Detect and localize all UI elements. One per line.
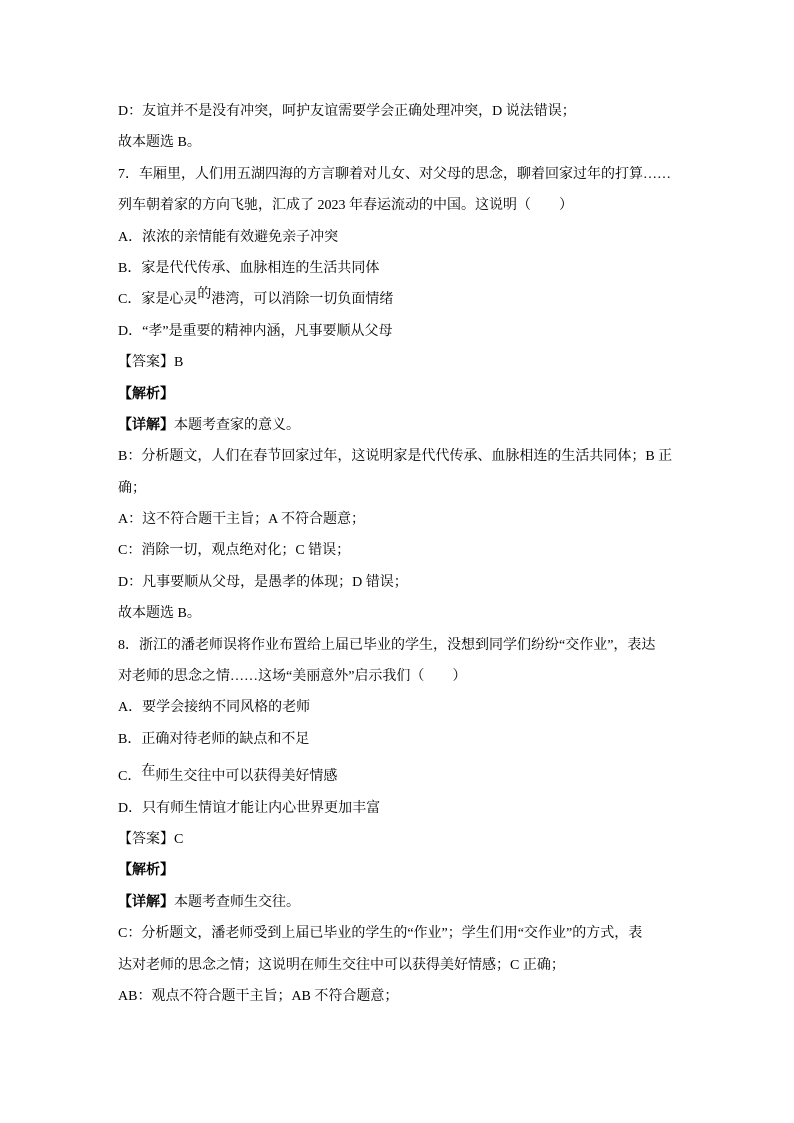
q7-detail-header: 【详解】本题考查家的意义。 <box>118 410 684 441</box>
q7-option-c: C．家是心灵的港湾，可以消除一切负面情绪 <box>118 284 684 315</box>
q7-analysis-header: 【解析】 <box>118 379 684 410</box>
q7-analysis-a: A：这不符合题干主旨；A 不符合题意； <box>118 504 684 535</box>
document-page: D：友谊并不是没有冲突，呵护友谊需要学会正确处理冲突，D 说法错误；故本题选 B… <box>0 0 794 1123</box>
text-segment: D：友谊并不是没有冲突，呵护友谊需要学会正确处理冲突，D 说法错误； <box>118 104 576 119</box>
text-segment: 故本题选 B。 <box>118 606 201 621</box>
q8-analysis-ab: AB：观点不符合题干主旨；AB 不符合题意； <box>118 981 684 1012</box>
text-segment: 列车朝着家的方向飞驰，汇成了 2023 年春运流动的中国。这说明（ ） <box>118 198 573 213</box>
q8-analysis-header: 【解析】 <box>118 855 684 886</box>
q8-analysis-c-line1: C：分析题文，潘老师受到上届已毕业的学生的“作业”；学生们用“交作业”的方式，表 <box>118 918 684 949</box>
q7-analysis-c: C：消除一切，观点绝对化；C 错误； <box>118 535 684 566</box>
text-segment: C． <box>118 769 141 784</box>
q7-option-a: A．浓浓的亲情能有效避免亲子冲突 <box>118 222 684 253</box>
text-segment: 8．浙江的潘老师误将作业布置给上届已毕业的学生，没想到同学们纷纷“交作业”，表达 <box>118 638 655 653</box>
text-segment: 港湾，可以消除一切负面情绪 <box>211 292 393 307</box>
text-segment: C：分析题文，潘老师受到上届已毕业的学生的“作业”；学生们用“交作业”的方式，表 <box>118 926 642 941</box>
text-segment: A．要学会接纳不同风格的老师 <box>118 700 310 715</box>
text-segment: D．只有师生情谊才能让内心世界更加丰富 <box>118 801 380 816</box>
q8-option-c: C．在师生交往中可以获得美好情感 <box>118 761 684 792</box>
text-segment: B：分析题文，人们在春节回家过年，这说明家是代代传承、血脉相连的生活共同体；B … <box>118 449 672 464</box>
bold-text-segment: 【详解】 <box>118 418 174 433</box>
text-segment: B．正确对待老师的缺点和不足 <box>118 732 309 747</box>
q7-analysis-d: D：凡事要顺从父母，是愚孝的体现；D 错误； <box>118 567 684 598</box>
text-segment: 对老师的思念之情……这场“美丽意外”启示我们（ ） <box>118 669 466 684</box>
q6-conclusion: 故本题选 B。 <box>118 127 684 158</box>
q7-answer: 【答案】B <box>118 347 684 378</box>
text-segment: AB：观点不符合题干主旨；AB 不符合题意； <box>118 989 398 1004</box>
q7-analysis-b-line2: 确； <box>118 473 684 504</box>
q7-option-b: B．家是代代传承、血脉相连的生活共同体 <box>118 253 684 284</box>
text-segment: C：消除一切，观点绝对化；C 错误； <box>118 543 350 558</box>
q8-option-a: A．要学会接纳不同风格的老师 <box>118 692 684 723</box>
text-segment: 本题考查师生交往。 <box>174 895 300 910</box>
q8-answer: 【答案】C <box>118 824 684 855</box>
text-segment: 本题考查家的意义。 <box>174 418 300 433</box>
text-segment: A．浓浓的亲情能有效避免亲子冲突 <box>118 230 338 245</box>
text-segment: D．“孝”是重要的精神内涵，凡事要顺从父母 <box>118 324 393 339</box>
q8-detail-header: 【详解】本题考查师生交往。 <box>118 887 684 918</box>
text-segment: 师生交往中可以获得美好情感 <box>155 769 337 784</box>
q7-stem-line1: 7．车厢里，人们用五湖四海的方言聊着对儿女、对父母的思念，聊着回家过年的打算…… <box>118 159 684 190</box>
text-segment: 确； <box>118 481 146 496</box>
bold-text-segment: 【解析】 <box>118 387 174 402</box>
q8-option-b: B．正确对待老师的缺点和不足 <box>118 724 684 755</box>
bold-text-segment: 【详解】 <box>118 895 174 910</box>
q7-option-d: D．“孝”是重要的精神内涵，凡事要顺从父母 <box>118 316 684 347</box>
text-segment: 达对老师的思念之情；这说明在师生交往中可以获得美好情感；C 正确； <box>118 958 565 973</box>
q7-conclusion: 故本题选 B。 <box>118 598 684 629</box>
text-segment: 【答案】C <box>118 832 183 847</box>
raised-text-segment: 在 <box>141 764 155 779</box>
text-segment: 【答案】B <box>118 355 183 370</box>
document-content: D：友谊并不是没有冲突，呵护友谊需要学会正确处理冲突，D 说法错误；故本题选 B… <box>0 0 794 1012</box>
text-segment: C．家是心灵 <box>118 292 197 307</box>
q8-analysis-c-line2: 达对老师的思念之情；这说明在师生交往中可以获得美好情感；C 正确； <box>118 950 684 981</box>
q8-option-d: D．只有师生情谊才能让内心世界更加丰富 <box>118 793 684 824</box>
text-segment: D：凡事要顺从父母，是愚孝的体现；D 错误； <box>118 575 408 590</box>
q6-option-d-analysis: D：友谊并不是没有冲突，呵护友谊需要学会正确处理冲突，D 说法错误； <box>118 96 684 127</box>
q7-analysis-b-line1: B：分析题文，人们在春节回家过年，这说明家是代代传承、血脉相连的生活共同体；B … <box>118 441 684 472</box>
q8-stem-line1: 8．浙江的潘老师误将作业布置给上届已毕业的学生，没想到同学们纷纷“交作业”，表达 <box>118 630 684 661</box>
text-segment: A：这不符合题干主旨；A 不符合题意； <box>118 512 365 527</box>
bold-text-segment: 【解析】 <box>118 863 174 878</box>
text-segment: B．家是代代传承、血脉相连的生活共同体 <box>118 261 379 276</box>
text-segment: 故本题选 B。 <box>118 135 201 150</box>
q8-stem-line2: 对老师的思念之情……这场“美丽意外”启示我们（ ） <box>118 661 684 692</box>
raised-text-segment: 的 <box>197 287 211 302</box>
text-segment: 7．车厢里，人们用五湖四海的方言聊着对儿女、对父母的思念，聊着回家过年的打算…… <box>118 167 671 182</box>
q7-stem-line2: 列车朝着家的方向飞驰，汇成了 2023 年春运流动的中国。这说明（ ） <box>118 190 684 221</box>
